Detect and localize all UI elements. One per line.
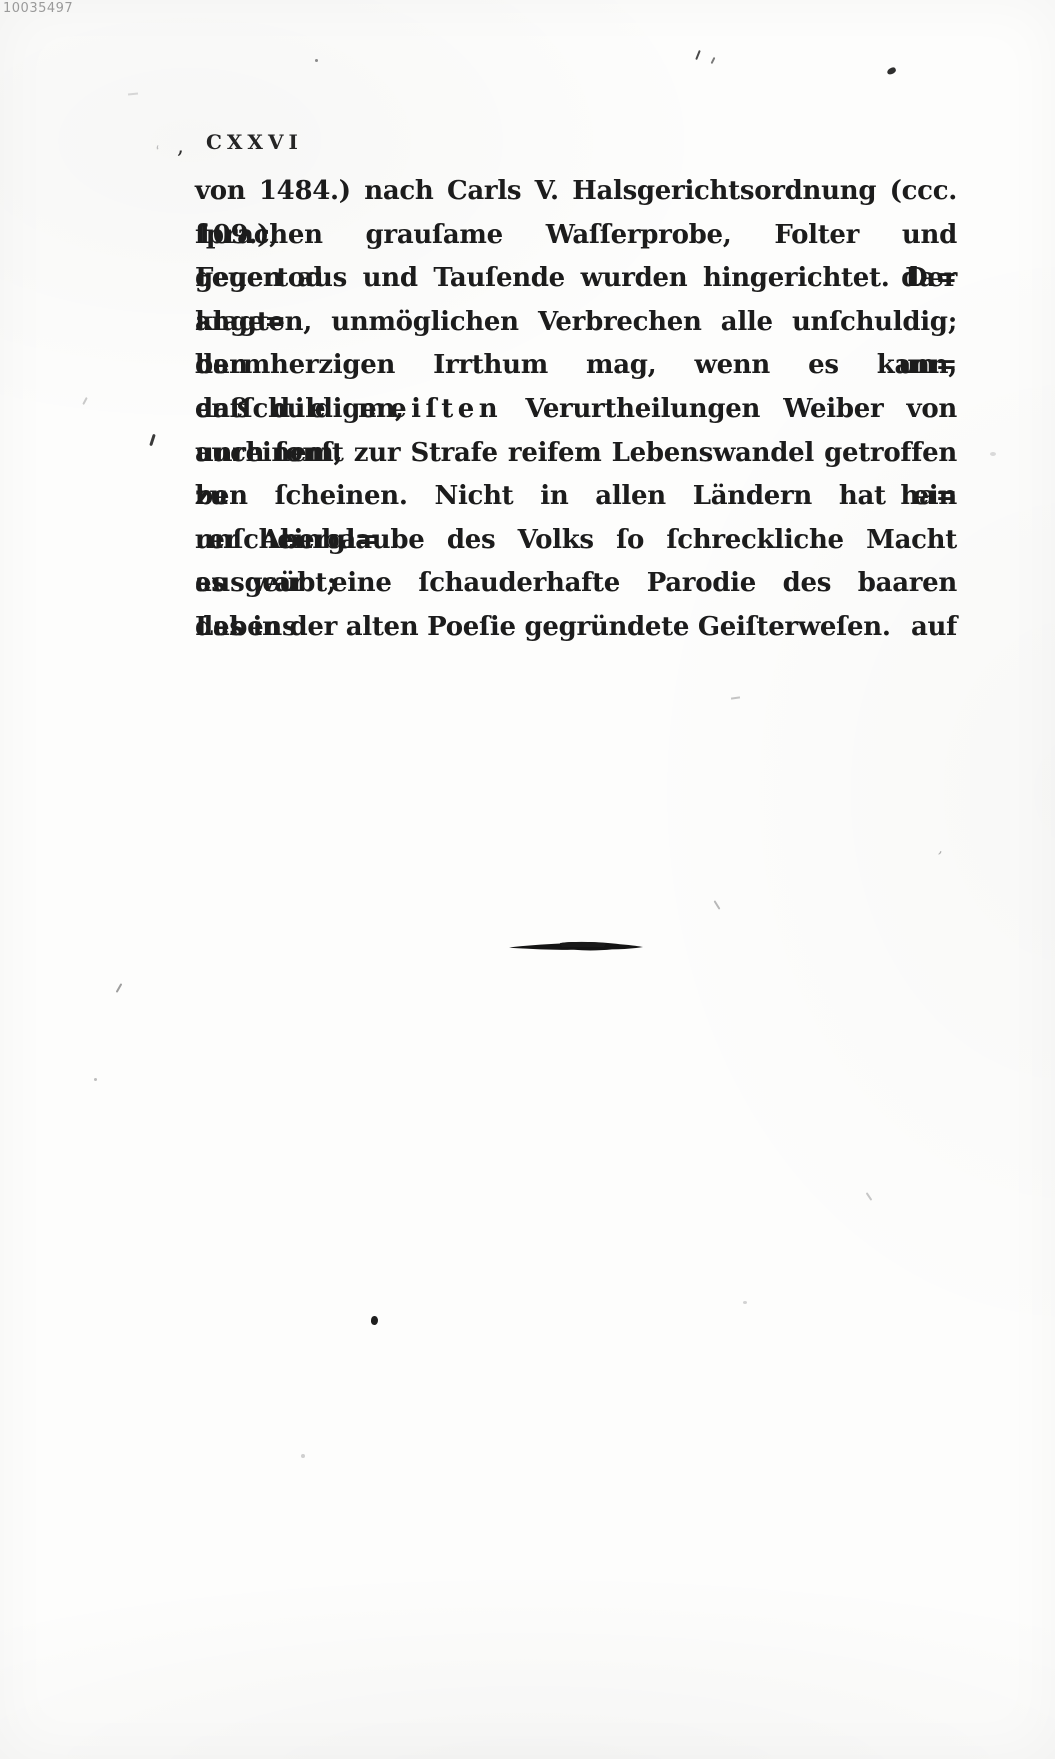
scanned-book-page: 10035497 CXXVI von 1484.) nach Carls V. …: [0, 0, 1055, 1759]
paragraph: von 1484.) nach Carls V. Halsgerichtsord…: [195, 170, 957, 650]
section-divider-rule: [508, 938, 644, 956]
paragraph-line: klagten, unmöglichen Verbrechen alle unſ…: [195, 301, 957, 345]
scan-speck: [94, 1078, 97, 1081]
line-text: das in der alten Poeſie gegründete Geiſt…: [195, 612, 891, 642]
paragraph-line: ben ſcheinen. Nicht in allen Ländern hat…: [195, 475, 957, 519]
scan-speck: [866, 1192, 873, 1201]
scan-speck: ,: [177, 134, 184, 159]
scan-speck: [695, 50, 701, 60]
page-number: CXXVI: [206, 130, 303, 154]
scan-speck: [990, 452, 996, 456]
paragraph-line: das in der alten Poeſie gegründete Geiſt…: [195, 606, 957, 650]
scan-speck: [743, 1301, 747, 1304]
paragraph-line: rer Aberglaube des Volks ſo ſchreckliche…: [195, 519, 957, 563]
emphasized-phrase: die meiſten: [272, 394, 502, 424]
paragraph-line: auch ſonſt zur Strafe reifem Lebenswande…: [195, 432, 957, 476]
scan-speck: [886, 66, 897, 75]
scan-speck: [301, 1454, 305, 1458]
paragraph-line: ſprachen grauſame Waſſerprobe, Folter un…: [195, 214, 957, 258]
scan-speck: [116, 983, 123, 993]
scan-speck: ʼ: [934, 848, 943, 867]
paragraph-line: daß die meiſten Verurtheilungen Weiber v…: [195, 388, 957, 432]
scan-speck: [370, 1316, 378, 1326]
paragraph-line: es war eine ſchauderhafte Parodie des ba…: [195, 562, 957, 606]
paragraph-line: gegen aus und Tauſende wurden hingericht…: [195, 257, 957, 301]
scan-speck: [82, 397, 88, 405]
scan-speck: [731, 696, 740, 699]
line-text: daß: [195, 394, 272, 424]
scan-corner-number: 10035497: [3, 1, 73, 16]
scan-speck: [149, 434, 156, 446]
scan-speck: [711, 57, 716, 64]
scan-speck: [128, 92, 138, 95]
scan-speck: ʻ: [153, 142, 164, 162]
scan-speck: [714, 900, 721, 910]
paragraph-line: von 1484.) nach Carls V. Halsgerichtsord…: [195, 170, 957, 214]
paragraph-line: barmherzigen Irrthum mag, wenn es kann, …: [195, 344, 957, 388]
scan-speck: [315, 59, 318, 62]
